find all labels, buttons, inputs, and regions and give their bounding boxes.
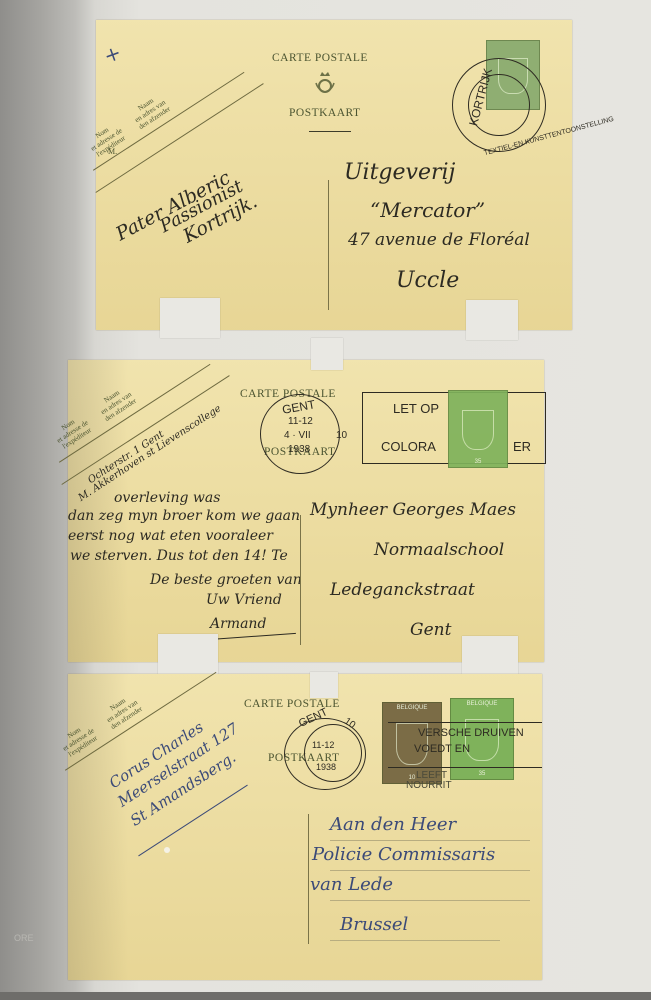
address-line-1: Aan den Heer <box>330 814 456 835</box>
signature-flourish <box>208 633 296 640</box>
postmark-year: 1938 <box>316 762 336 772</box>
message-line-5: De beste groeten van <box>150 572 302 588</box>
address-line-1: Mynheer Georges Maes <box>310 500 516 520</box>
title-underline <box>309 131 351 132</box>
message-line-1: overleving was <box>114 490 220 506</box>
address-line-4: Gent <box>410 620 451 640</box>
album-imprint: ORE <box>14 933 34 943</box>
slogan-line-3: ER <box>513 439 531 454</box>
address-rule-4 <box>330 940 500 941</box>
card-divider <box>308 814 309 944</box>
postmark-office: 10 <box>336 430 347 441</box>
lion-shield-icon <box>462 410 495 450</box>
corner-mount-2-top <box>311 338 343 370</box>
corner-mount-1a <box>160 298 220 338</box>
postcard-1: CARTE POSTALE POSTKAART Nom et adresse d… <box>96 20 572 330</box>
address-line-2: “Mercator” <box>370 198 485 222</box>
card-divider <box>328 180 329 310</box>
postmark-year: 1938 <box>288 444 310 455</box>
postcard-3: CARTE POSTALE POSTKAART Nom et adresse d… <box>68 674 542 980</box>
crown-posthorn-icon <box>314 70 336 96</box>
stamp-country: BELGIQUE <box>383 705 441 711</box>
slogan-cancel: VERSCHE DRUIVEN VOEDT EN <box>388 722 542 768</box>
stamp-country: BELGIQUE <box>451 701 513 707</box>
postmark-date: 4 · VII <box>284 430 311 441</box>
sender-label-fr: Nom et adresse de l'expéditeur <box>85 120 128 160</box>
address-line-2: Normaalschool <box>374 540 504 560</box>
postmark-time: 11-12 <box>288 416 313 427</box>
sender-m-label: M. <box>108 148 117 156</box>
postmark-time: 11-12 <box>312 740 334 750</box>
sender-label-nl: Naam en adres van den afzender <box>129 91 172 131</box>
corner-mount-1b <box>466 300 518 340</box>
postmark-inner-ring <box>304 724 362 782</box>
slogan-line-2: VOEDT EN <box>414 743 470 755</box>
slogan-line-1: LET OP <box>393 401 439 416</box>
corner-mount-3-top <box>310 672 338 698</box>
message-line-3: eerst nog wat eten vooraleer <box>68 528 273 544</box>
address-rule-3 <box>330 900 530 901</box>
address-line-4: Uccle <box>396 268 459 293</box>
sender-label-fr: Nom et adresse de l'expéditeur <box>57 720 100 760</box>
card-title-nl: POSTKAART <box>289 107 361 119</box>
address-line-3: Ledeganckstraat <box>330 580 475 600</box>
address-rule-2 <box>330 870 530 871</box>
message-line-4: we sterven. Dus tot den 14! Te <box>70 548 288 564</box>
stamp-35: 35 <box>448 390 508 468</box>
message-signature: Armand <box>210 616 266 632</box>
corner-mount-2b <box>462 636 518 674</box>
sender-label-fr: Nom et adresse de l'expéditeur <box>51 412 94 452</box>
sender-mark: + <box>100 40 124 68</box>
card-title-fr: CARTE POSTALE <box>272 52 368 64</box>
album-bottom-edge <box>0 992 651 1000</box>
slogan-line-1: VERSCHE DRUIVEN <box>418 727 524 739</box>
message-line-2: dan zeg myn broer kom we gaan <box>68 508 300 524</box>
address-line-4: Brussel <box>340 914 408 935</box>
slogan-line-2: COLORA <box>381 439 436 454</box>
slogan-line-4: NOURRIT <box>406 780 452 791</box>
card-divider <box>300 515 301 645</box>
address-line-1: Uitgeverij <box>344 160 455 185</box>
message-line-6: Uw Vriend <box>206 592 282 608</box>
stamp-value: 35 <box>449 459 507 465</box>
address-line-3: van Lede <box>310 874 393 895</box>
postcard-2: CARTE POSTALE POSTKAART Nom et adresse d… <box>68 360 544 662</box>
address-rule-1 <box>330 840 530 841</box>
address-line-2: Policie Commissaris <box>312 844 495 865</box>
address-line-3: 47 avenue de Floréal <box>348 230 530 250</box>
stamp-value: 35 <box>451 771 513 777</box>
pin-hole <box>164 847 170 853</box>
sender-label-block: Nom et adresse de l'expéditeur Naam en a… <box>73 36 265 190</box>
